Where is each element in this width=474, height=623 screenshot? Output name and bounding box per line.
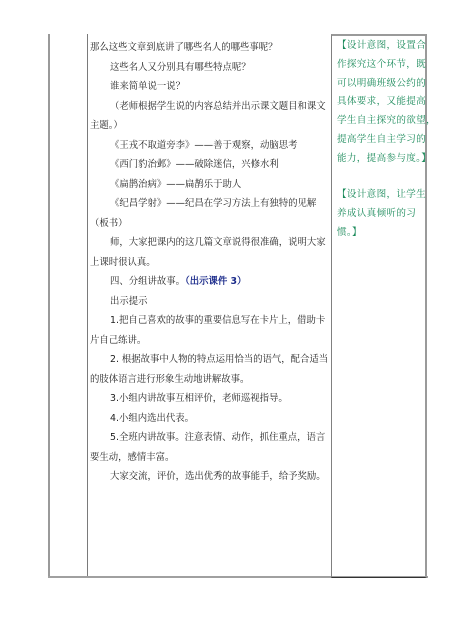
note-line: 养成认真倾听的习 — [333, 205, 426, 224]
text-line: 谁来简单说一说？ — [90, 77, 328, 97]
design-intent-box: 【设计意图，设置合 作探究这个环节，既 可以明确班级公约的 具体要求，又能提高 … — [331, 34, 427, 578]
text-line: 5.全班内讲故事。注意表情、动作，抓住重点，语言 — [90, 428, 328, 448]
text-line: 《扁鹊治病》——扁鹊乐于助人 — [90, 175, 328, 195]
text-line: 《西门豹治邺》——破除迷信，兴修水利 — [90, 155, 328, 175]
section-heading: 四、分组讲故事。（出示课件 3） — [90, 272, 328, 292]
note-line: 【设计意图，让学生 — [333, 186, 426, 205]
note-line: 可以明确班级公约的 — [333, 75, 436, 94]
note-line: 具体要求，又能提高 — [333, 93, 436, 112]
section-heading-text: 四、分组讲故事。 — [110, 276, 185, 287]
text-line: 2. 根据故事中人物的特点运用恰当的语气，配合适当 — [90, 350, 328, 370]
text-line: 要生动，感情丰富。 — [90, 448, 328, 468]
text-line: 那么这些文章到底讲了哪些名人的哪些事呢？ — [90, 38, 328, 58]
text-line: 师，大家把课内的这几篇文章说得很准确，说明大家 — [90, 233, 328, 253]
note-line: 能力，提高参与度。】 — [333, 150, 436, 169]
table-left-border — [48, 34, 50, 578]
text-line: （板书） — [90, 214, 328, 234]
text-line: 这些名人又分别具有哪些特点呢？ — [90, 58, 328, 78]
text-line: 1.把自己喜欢的故事的重要信息写在卡片上，借助卡 — [90, 311, 328, 331]
note-line: 提高学生自主学习的 — [333, 131, 436, 150]
courseware-reference: （出示课件 3） — [185, 276, 246, 287]
design-intent-note-1: 【设计意图，设置合 作探究这个环节，既 可以明确班级公约的 具体要求，又能提高 … — [333, 37, 436, 169]
lesson-plan-table: 那么这些文章到底讲了哪些名人的哪些事呢？ 这些名人又分别具有哪些特点呢？ 谁来简… — [48, 34, 428, 578]
text-line: 上课时很认真。 — [90, 253, 328, 273]
note-line: 惯。】 — [333, 224, 426, 243]
design-intent-note-2: 【设计意图，让学生 养成认真倾听的习 惯。】 — [333, 186, 426, 242]
note-line: 作探究这个环节，既 — [333, 56, 436, 75]
text-line: （老师根据学生说的内容总结并出示课文题目和课文 — [90, 97, 328, 117]
text-line: 的肢体语言进行形象生动地讲解故事。 — [90, 370, 328, 390]
design-intent-cell: 【设计意图，设置合 作探究这个环节，既 可以明确班级公约的 具体要求，又能提高 … — [331, 34, 427, 578]
teaching-process-text: 那么这些文章到底讲了哪些名人的哪些事呢？ 这些名人又分别具有哪些特点呢？ 谁来简… — [90, 38, 328, 487]
text-line: 片自己练讲。 — [90, 331, 328, 351]
text-line: 4.小组内选出代表。 — [90, 409, 328, 429]
note-line: 学生自主探究的欲望， — [333, 112, 436, 131]
note-line: 【设计意图，设置合 — [333, 37, 436, 56]
text-line: 《王戎不取道旁李》——善于观察，动脑思考 — [90, 136, 328, 156]
teaching-process-cell: 那么这些文章到底讲了哪些名人的哪些事呢？ 这些名人又分别具有哪些特点呢？ 谁来简… — [88, 34, 330, 578]
text-line: 3.小组内讲故事互相评价，老师巡视指导。 — [90, 389, 328, 409]
text-line: 主题。） — [90, 116, 328, 136]
text-line: 出示提示 — [90, 292, 328, 312]
text-line: 《纪昌学射》——纪昌在学习方法上有独特的见解 — [90, 194, 328, 214]
text-line: 大家交流，评价，选出优秀的故事能手，给予奖励。 — [90, 467, 328, 487]
